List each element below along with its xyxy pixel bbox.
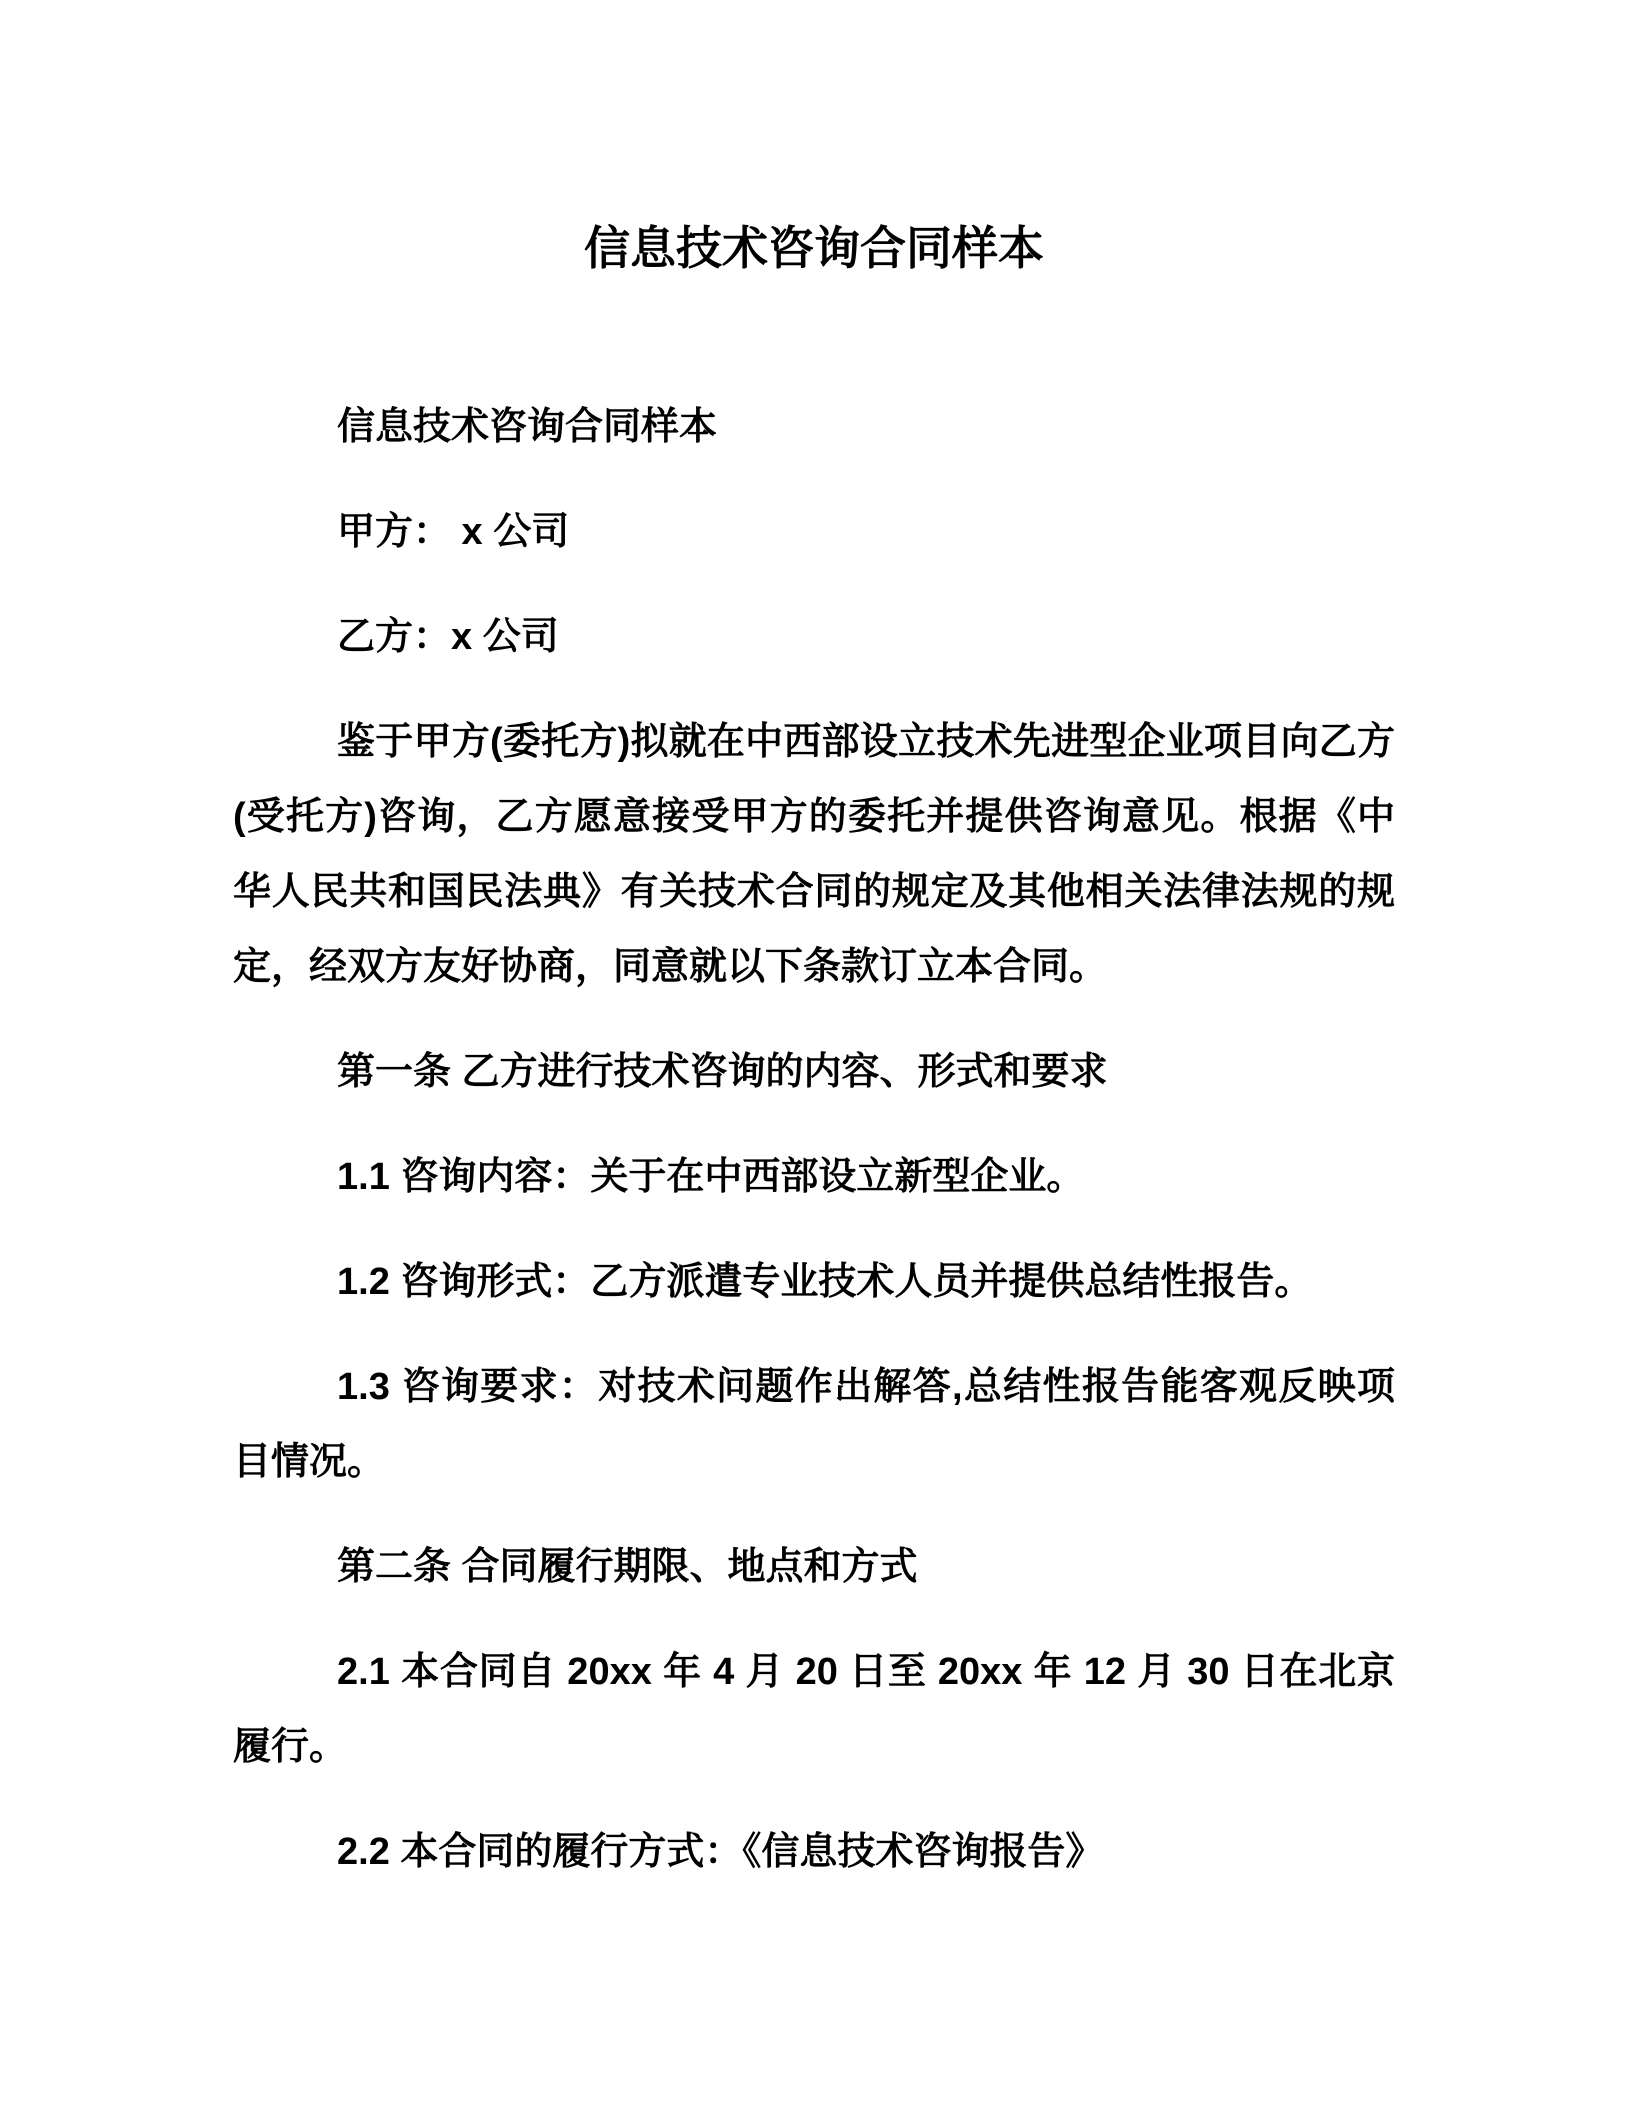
paragraph-clause-2-2: 2.2 本合同的履行方式：《信息技术咨询报告》	[233, 1815, 1395, 1890]
clause-heading-2: 第二条 合同履行期限、地点和方式	[233, 1530, 1395, 1605]
document-page: 信息技术咨询合同样本 信息技术咨询合同样本 甲方： x 公司 乙方：x 公司 鉴…	[0, 0, 1632, 2112]
paragraph-clause-1-3: 1.3 咨询要求：对技术问题作出解答,总结性报告能客观反映项目情况。	[233, 1350, 1395, 1500]
document-title: 信息技术咨询合同样本	[233, 213, 1395, 283]
paragraph-subtitle: 信息技术咨询合同样本	[233, 390, 1395, 465]
paragraph-clause-1-2: 1.2 咨询形式：乙方派遣专业技术人员并提供总结性报告。	[233, 1245, 1395, 1320]
clause-heading-1: 第一条 乙方进行技术咨询的内容、形式和要求	[233, 1035, 1395, 1110]
paragraph-party-b: 乙方：x 公司	[233, 600, 1395, 675]
paragraph-preamble: 鉴于甲方(委托方)拟就在中西部设立技术先进型企业项目向乙方(受托方)咨询，乙方愿…	[233, 705, 1395, 1005]
paragraph-party-a: 甲方： x 公司	[233, 495, 1395, 570]
paragraph-clause-1-1: 1.1 咨询内容：关于在中西部设立新型企业。	[233, 1140, 1395, 1215]
paragraph-clause-2-1: 2.1 本合同自 20xx 年 4 月 20 日至 20xx 年 12 月 30…	[233, 1635, 1395, 1785]
